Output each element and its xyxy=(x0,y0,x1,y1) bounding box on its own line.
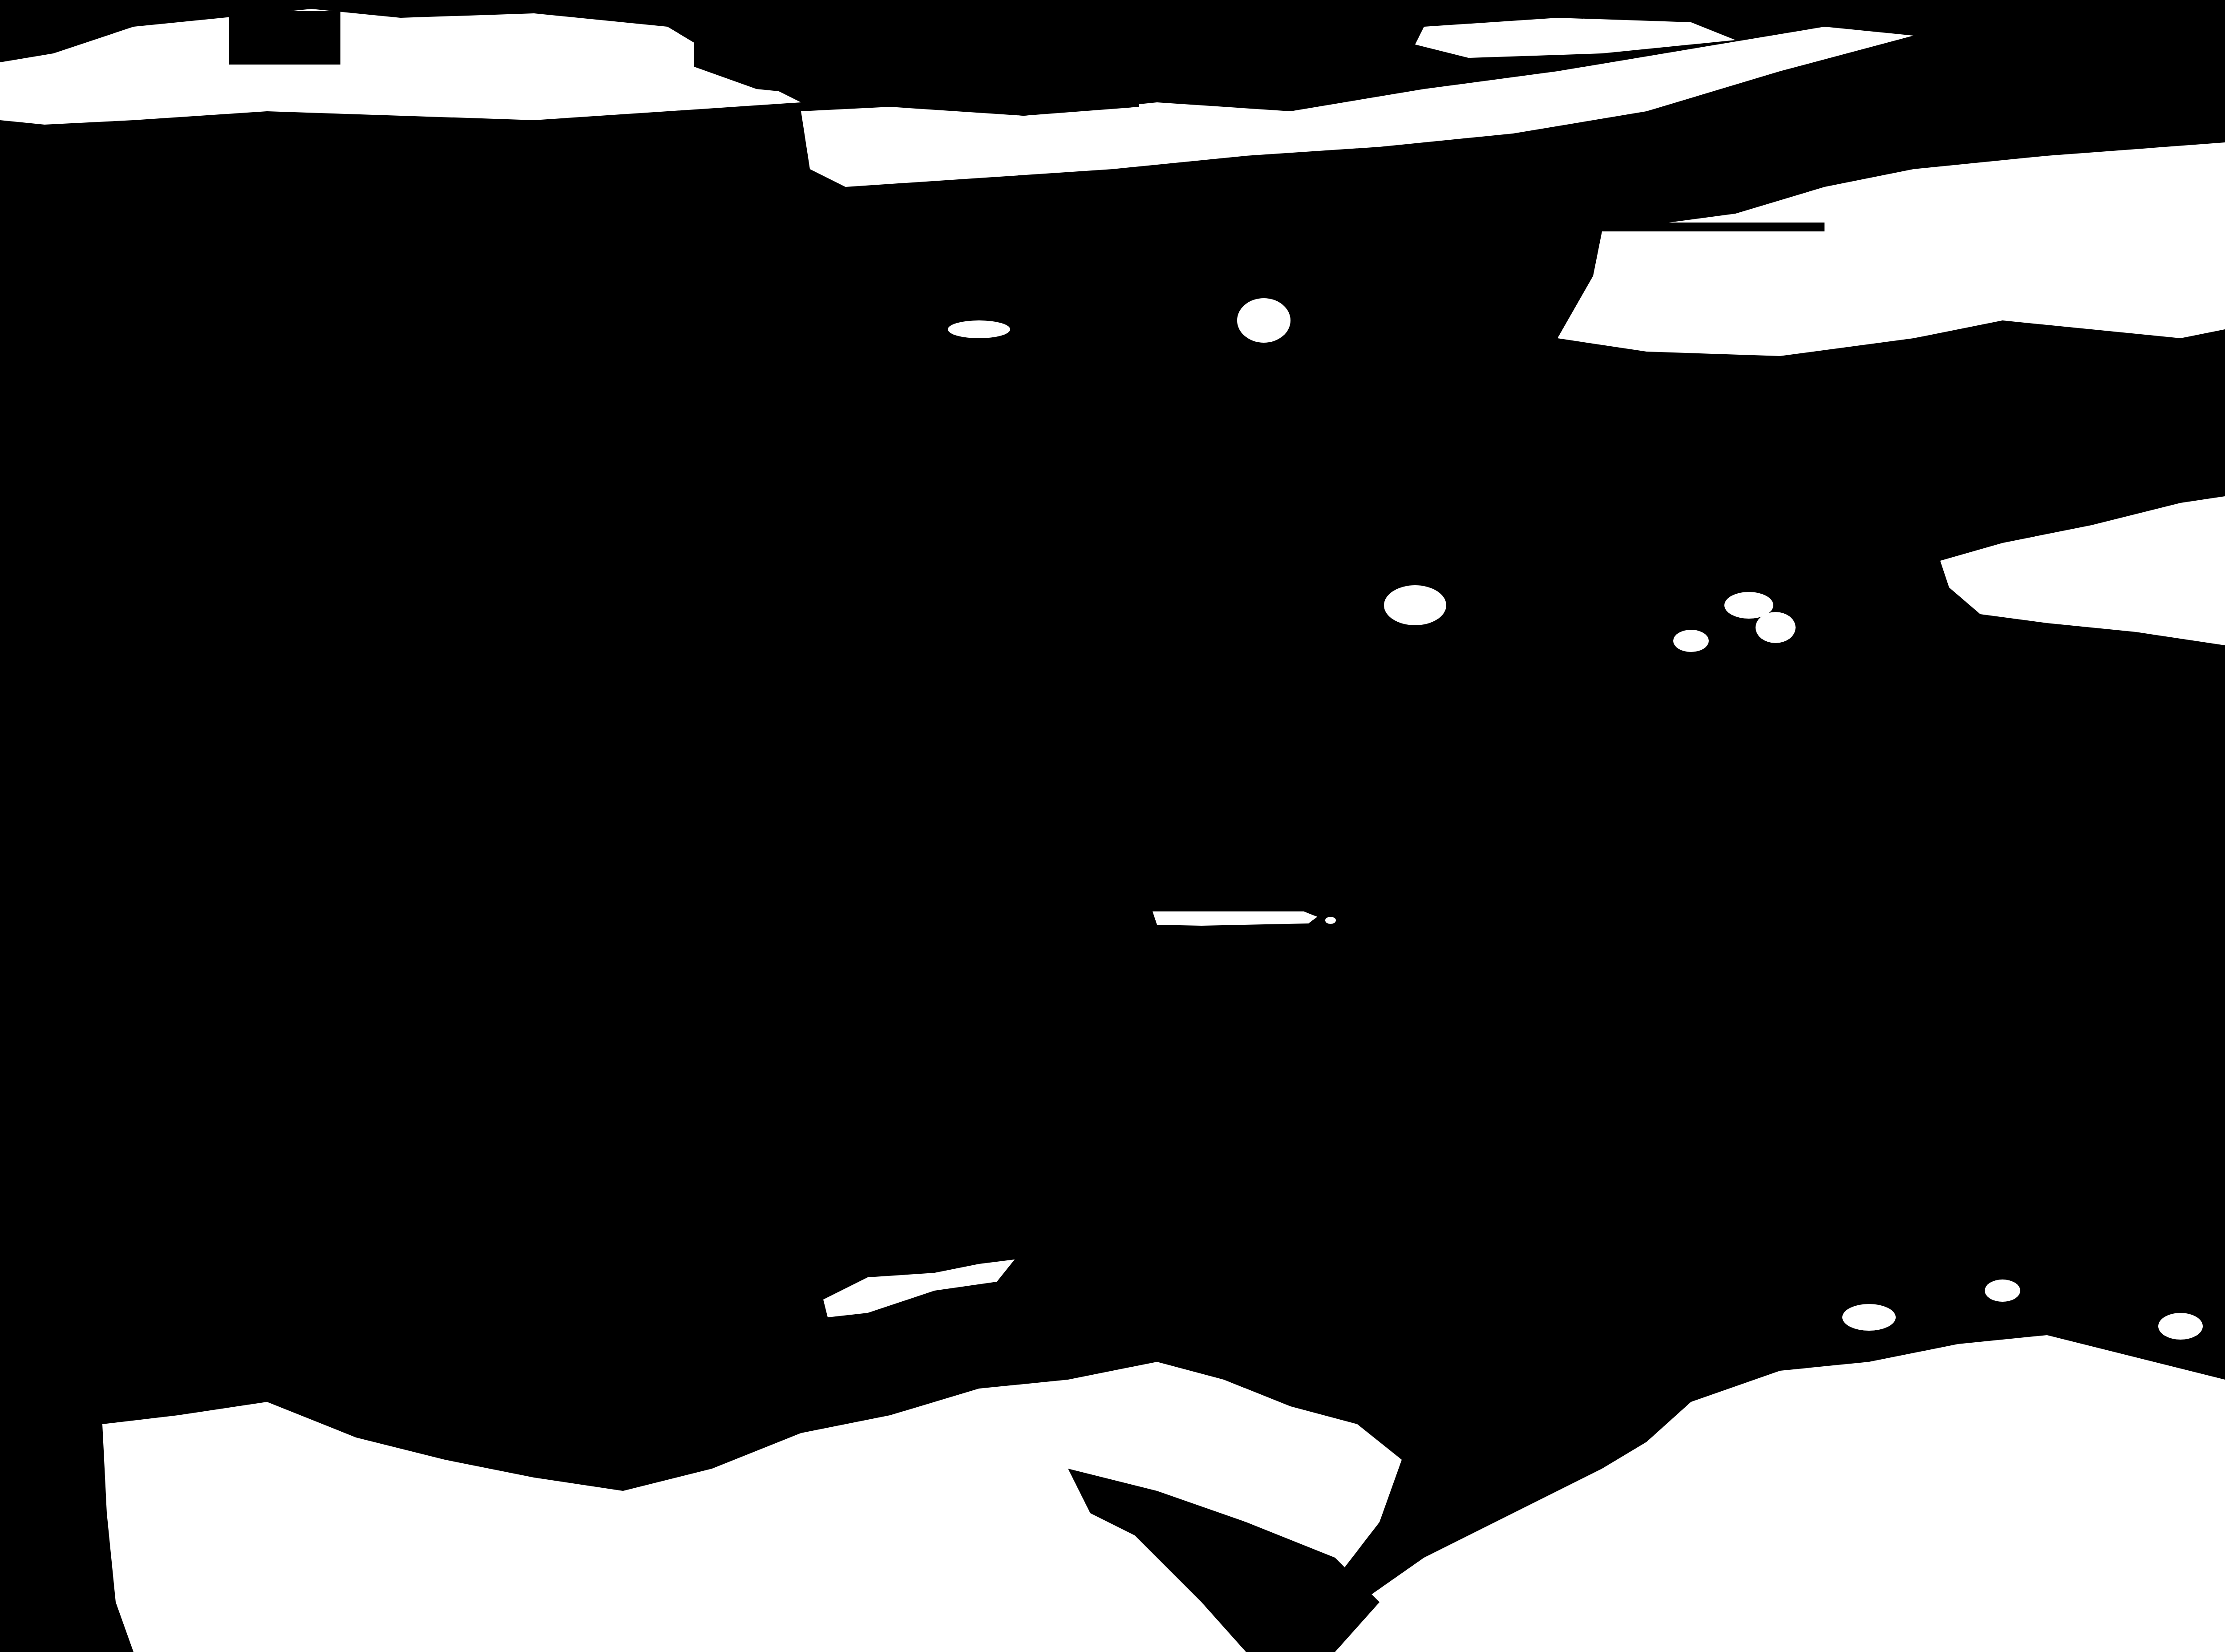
thresholded-photo xyxy=(0,0,2225,1652)
